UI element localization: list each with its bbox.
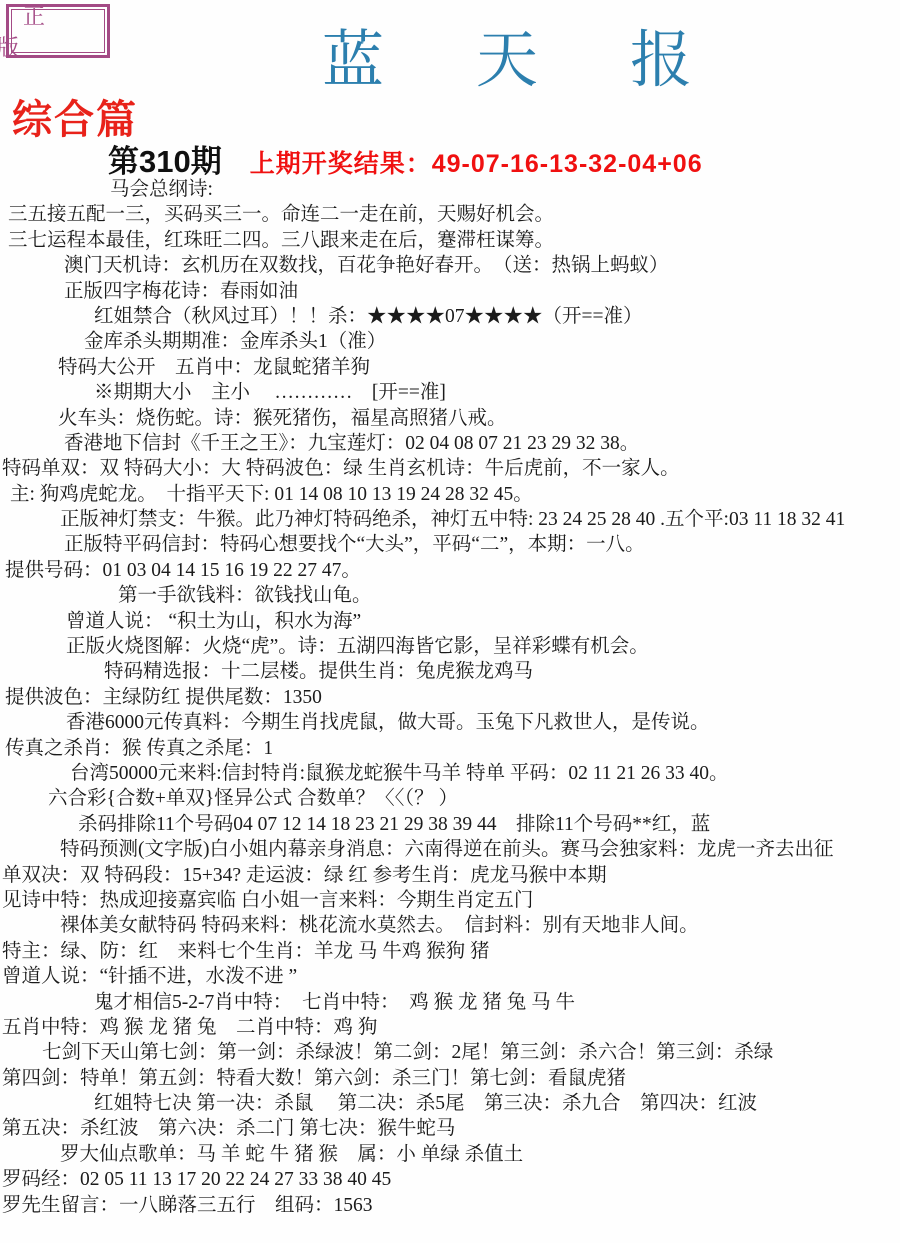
content-line: 正版特平码信封：特码心想要找个“大头”，平码“二”，本期：一八。 — [0, 532, 900, 557]
paper-title: 蓝天报 — [322, 10, 784, 99]
content-line: 第五决：杀红波 第六决：杀二门 第七决：猴牛蛇马 — [0, 1116, 900, 1141]
content-line: 第四剑：特单！第五剑：特看大数！第六剑：杀三门！第七剑：看鼠虎猪 — [0, 1066, 900, 1091]
content-line: 红姐特七决 第一决：杀鼠 第二决：杀5尾 第三决：杀九合 第四决：红波 — [0, 1091, 900, 1116]
content-line: 金库杀头期期准：金库杀头1（准） — [0, 329, 900, 354]
content-line: 五肖中特：鸡 猴 龙 猪 兔 二肖中特：鸡 狗 — [0, 1015, 900, 1040]
content-line: ※期期大小 主小 ………… [开==准] — [0, 380, 900, 405]
content-line: 鬼才相信5-2-7肖中特： 七肖中特： 鸡 猴 龙 猪 兔 马 牛 — [0, 990, 900, 1015]
content-line: 红姐禁合（秋风过耳）！！杀：★★★★07★★★★（开==准） — [0, 304, 900, 329]
content-line: 正版神灯禁支：牛猴。此乃神灯特码绝杀，神灯五中特: 23 24 25 28 40… — [0, 507, 900, 532]
content-line: 特码大公开 五肖中：龙鼠蛇猪羊狗 — [0, 355, 900, 380]
content-line: 七剑下天山第七剑：第一剑：杀绿波！第二剑：2尾！第三剑：杀六合！第三剑：杀绿 — [0, 1040, 900, 1065]
content-line: 曾道人说： “积土为山，积水为海” — [0, 609, 900, 634]
content-line: 台湾50000元来料:信封特肖:鼠猴龙蛇猴牛马羊 特单 平码：02 11 21 … — [0, 761, 900, 786]
content-line: 传真之杀肖：猴 传真之杀尾：1 — [0, 736, 900, 761]
content-line: 提供号码：01 03 04 14 15 16 19 22 27 47。 — [0, 558, 900, 583]
authentic-badge-label: 正 版 — [0, 0, 119, 62]
newspaper-page: 正 版 蓝天报 综合篇 第310期 上期开奖结果：49-07-16-13-32-… — [0, 0, 900, 1243]
issue-number: 第310期 — [108, 136, 222, 181]
content-line: 单双决：双 特码段：15+34? 走运波：绿 红 参考生肖：虎龙马猴中本期 — [0, 863, 900, 888]
content-line: 第一手欲钱料：欲钱找山龟。 — [0, 583, 900, 608]
content: 马会总纲诗:三五接五配一三，买码买三一。命连二一走在前，天赐好机会。三七运程本最… — [0, 177, 900, 1218]
content-line: 三七运程本最佳，红珠旺二四。三八跟来走在后，蹇滞枉谋筹。 — [0, 228, 900, 253]
content-line: 火车头：烧伤蛇。诗：猴死猪伤，福星高照猪八戒。 — [0, 406, 900, 431]
last-draw-result: 上期开奖结果：49-07-16-13-32-04+06 — [250, 144, 703, 180]
content-line: 香港6000元传真料：今期生肖找虎鼠，做大哥。玉兔下凡救世人，是传说。 — [0, 710, 900, 735]
issue-row: 第310期 上期开奖结果：49-07-16-13-32-04+06 — [108, 136, 703, 181]
content-line: 澳门天机诗：玄机历在双数找，百花争艳好春开。 （送：热锅上蚂蚁） — [0, 253, 900, 278]
content-line: 特主：绿、防：红 来料七个生肖：羊龙 马 牛鸡 猴狗 猪 — [0, 939, 900, 964]
content-line: 三五接五配一三，买码买三一。命连二一走在前，天赐好机会。 — [0, 202, 900, 227]
content-line: 特码单双：双 特码大小：大 特码波色：绿 生肖玄机诗：牛后虎前，不一家人。 — [0, 456, 900, 481]
content-line: 裸体美女献特码 特码来料：桃花流水莫然去。 信封料：别有天地非人间。 — [0, 913, 900, 938]
content-line: 特码预测(文字版)白小姐内幕亲身消息：六南得逆在前头。赛马会独家料：龙虎一齐去出… — [0, 837, 900, 862]
content-line: 正版四字梅花诗：春雨如油 — [0, 279, 900, 304]
content-line: 正版火烧图解：火烧“虎”。诗：五湖四海皆它影，呈祥彩蝶有机会。 — [0, 634, 900, 659]
content-line: 罗先生留言：一八睇落三五行 组码：1563 — [0, 1193, 900, 1218]
content-line: 特码精选报：十二层楼。提供生肖：兔虎猴龙鸡马 — [0, 659, 900, 684]
content-line: 曾道人说：“针插不进，水泼不进 ” — [0, 964, 900, 989]
content-line: 提供波色：主绿防红 提供尾数：1350 — [0, 685, 900, 710]
content-line: 马会总纲诗: — [0, 177, 900, 202]
content-line: 罗码经：02 05 11 13 17 20 22 24 27 33 38 40 … — [0, 1167, 900, 1192]
content-line: 见诗中特：热成迎接嘉宾临 白小姐一言来料：今期生肖定五门 — [0, 888, 900, 913]
content-line: 六合彩{合数+单双}怪异公式 合数单？〈〈（？ ） — [0, 786, 900, 811]
content-line: 罗大仙点歌单：马 羊 蛇 牛 猪 猴 属：小 单绿 杀值土 — [0, 1142, 900, 1167]
content-line: 主: 狗鸡虎蛇龙。 十指平天下: 01 14 08 10 13 19 24 28… — [0, 482, 900, 507]
content-line: 香港地下信封《千王之王》：九宝莲灯：02 04 08 07 21 23 29 3… — [0, 431, 900, 456]
content-line: 杀码排除11个号码04 07 12 14 18 23 21 29 38 39 4… — [0, 812, 900, 837]
authentic-badge: 正 版 — [6, 4, 110, 58]
